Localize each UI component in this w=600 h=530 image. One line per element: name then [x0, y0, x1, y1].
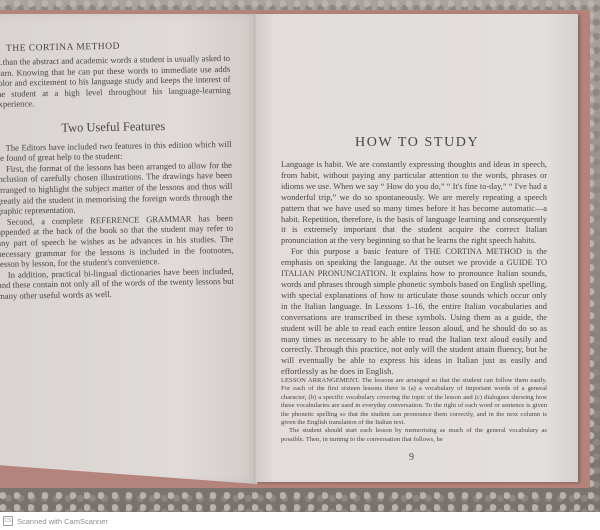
paragraph: In addition, practical bi-lingual dictio…	[0, 266, 234, 302]
paragraph: First, the format of the lessons has bee…	[0, 160, 233, 217]
right-page-body: Language is habit. We are constantly exp…	[281, 160, 547, 378]
paragraph: Language is habit. We are constantly exp…	[281, 160, 547, 247]
section-heading: Two Useful Features	[0, 120, 231, 135]
small-print-section: LESSON ARRANGEMENT. The lessons are arra…	[281, 377, 547, 444]
paragraph: For this purpose a basic feature of THE …	[281, 247, 547, 378]
scanner-watermark: CS Scanned with CamScanner	[0, 512, 600, 530]
page-title: HOW TO STUDY	[355, 135, 479, 151]
intro-paragraph: …than the abstract and academic words a …	[0, 53, 231, 110]
book-photo: THE CORTINA METHOD …than the abstract an…	[0, 0, 600, 512]
paragraph: Second, a complete REFERENCE GRAMMAR has…	[0, 213, 234, 270]
watermark-text: Scanned with CamScanner	[17, 517, 108, 526]
page-number: 9	[409, 452, 414, 463]
small-print-paragraph: The student should start each lesson by …	[281, 427, 547, 444]
camscanner-icon: CS	[3, 516, 13, 526]
small-print-paragraph: LESSON ARRANGEMENT. The lessons are arra…	[281, 377, 547, 427]
left-page-body: …than the abstract and academic words a …	[0, 53, 234, 302]
book-spine	[254, 14, 257, 484]
